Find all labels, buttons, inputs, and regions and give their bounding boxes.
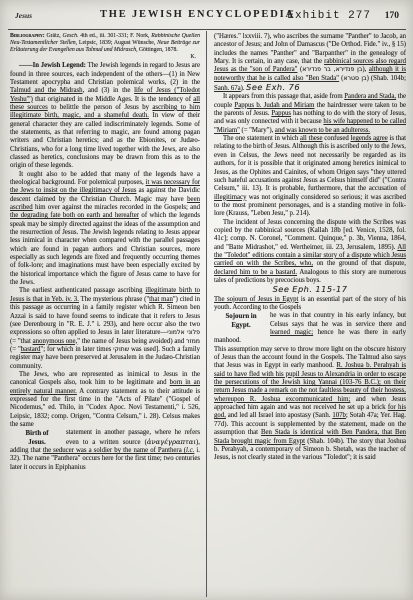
right-column: ("Hæres." lxxviii. 7), who ascribes the … [214, 33, 406, 598]
text-segment: all these [300, 135, 323, 142]
paragraph: The incident of Jesus concerning the dis… [214, 219, 406, 286]
cutin-heading: Birth of Jesus. [12, 430, 62, 447]
handwritten-annotation: See Eph. 115-17 [273, 284, 348, 294]
paragraph: The sojourn of Jesus in Egypt is an esse… [214, 296, 406, 313]
text-segment: to belittle the person of Jesus by [48, 104, 153, 111]
text-segment: legends agree [351, 135, 388, 142]
text-segment: confused [323, 135, 351, 142]
page-number: 170 [385, 11, 399, 21]
text-segment: declared him to be a bastard. [214, 269, 297, 276]
paragraph: The Jews, who are represented as inimica… [10, 371, 200, 429]
text-segment: is that relating to the birth of Jesus. … [214, 135, 406, 192]
text-segment: " the name of Jesus being avoided) and [77, 338, 186, 345]
paragraph: It appears from this passage that, aside… [214, 93, 406, 135]
text-segment: on the ground of that dispute, [313, 260, 406, 267]
text-segment: bastard [21, 346, 41, 353]
text-segment: בן סטרא [343, 75, 366, 82]
text-segment: ——In Jewish Legend: [19, 62, 88, 69]
text-segment: Sanh. 67a [214, 85, 241, 92]
text-segment: Bibliography: [10, 33, 46, 39]
text-segment: The incident of Jesus concerning the dis… [214, 219, 406, 251]
text-segment: illegitimacy [214, 194, 246, 201]
text-segment: of which the legends speak may be simply… [10, 212, 200, 286]
exhibit-stamp: Exhibit 277 [287, 10, 371, 22]
paragraph: It ought also to be added that many of t… [10, 171, 200, 288]
text-segment: and led all Israel into apostasy (Sanh. [226, 412, 332, 419]
header-rule [8, 29, 406, 30]
paragraph-with-cutin: Sojourn in Egypt.he was in that country … [214, 312, 406, 345]
text-segment: The mysterious phrase (" [79, 296, 149, 303]
text-segment: he was in that country in his early infa… [270, 312, 406, 327]
text-segment: The earliest authenticated passage ascri… [19, 287, 145, 294]
scanned-encyclopedia-page: Jesus THE JEWISH ENCYCLOPEDIA Exhibit 27… [0, 0, 413, 600]
left-column: Bibliography: Grätz, Gesch. 4th ed., iii… [10, 33, 200, 598]
text-segment: In view of their general character they … [10, 112, 200, 169]
text-segment: Talmud and the Midrash [10, 87, 83, 94]
text-columns: Bibliography: Grätz, Gesch. 4th ed., iii… [10, 33, 406, 598]
text-segment: the degrading fate both on earth and her… [10, 212, 139, 219]
cutin-heading: Sojourn in Egypt. [216, 313, 266, 330]
text-segment: Pappus [271, 110, 291, 117]
text-segment: 107b [332, 412, 346, 419]
page-header: Jesus THE JEWISH ENCYCLOPEDIA Exhibit 27… [0, 6, 413, 28]
text-segment: ἀναγέγραπται [147, 438, 196, 446]
text-segment: and was known to be an adulteress. [275, 127, 370, 134]
text-segment: that originated in the Middle Ages. It i… [33, 96, 193, 103]
text-segment: "; for which in later times [40, 346, 113, 353]
paragraph: Bibliography: Grätz, Gesch. 4th ed., iii… [10, 33, 200, 53]
text-segment: (= " [10, 346, 21, 353]
paragraph: The one statement in which all these con… [214, 135, 406, 218]
paragraph-with-cutin: Birth of Jesus.statement in another pass… [10, 429, 200, 472]
text-segment: The one statement in which [223, 135, 300, 142]
text-segment: 4th ed., iii. 301-331; F. Nork, [78, 33, 151, 39]
text-segment: learned magic; [270, 329, 313, 336]
text-segment: that man [149, 296, 173, 303]
text-segment: anonymous one, [33, 338, 78, 345]
text-segment: K. [190, 54, 196, 60]
paragraph: ("Hæres." lxxviii. 7), who ascribes the … [214, 33, 406, 93]
text-segment: (= "Mary"), [240, 127, 275, 134]
text-segment: Göttingen, 1878. [138, 47, 178, 53]
encyclopedia-title: THE JEWISH ENCYCLOPEDIA [100, 9, 295, 20]
text-segment: Pappus b. Judah and Miriam [234, 102, 314, 109]
text-segment: (= "that [10, 338, 33, 345]
paragraph: K. [10, 54, 200, 61]
text-segment: שתוקי [113, 346, 129, 353]
text-segment: פלוני אלמוני [167, 329, 200, 336]
text-segment: him over against the miracles recorded i… [33, 204, 200, 211]
text-segment: ממזר [186, 338, 200, 345]
text-segment: בן פנדירא, בר פנדירא [302, 66, 362, 73]
text-segment: ) (Shab. 104b; [367, 75, 406, 82]
running-head: Jesus [15, 11, 32, 20]
text-segment: It appears from this passage that, aside… [223, 93, 344, 100]
paragraph: ——In Jewish Legend: The Jewish legends i… [10, 62, 200, 170]
paragraph: See Eph. 115-17 [214, 285, 406, 295]
text-segment: Grätz, [46, 33, 62, 39]
text-segment: Pandera and Stada, [344, 93, 396, 100]
text-segment: Gesch. [63, 33, 79, 39]
text-segment: The sojourn of Jesus in Egypt [214, 296, 298, 303]
handwritten-annotation: See Exh. 76 [246, 82, 300, 92]
text-segment: , and (3) in the [83, 87, 135, 94]
text-segment: the seducer was a soldier by the name of… [43, 447, 186, 454]
paragraph: This assumption may serve to throw more … [214, 346, 406, 463]
paragraph: The earliest authenticated passage ascri… [10, 287, 200, 370]
text-segment: Leipsic, 1839; August Wünsche, [77, 40, 157, 46]
